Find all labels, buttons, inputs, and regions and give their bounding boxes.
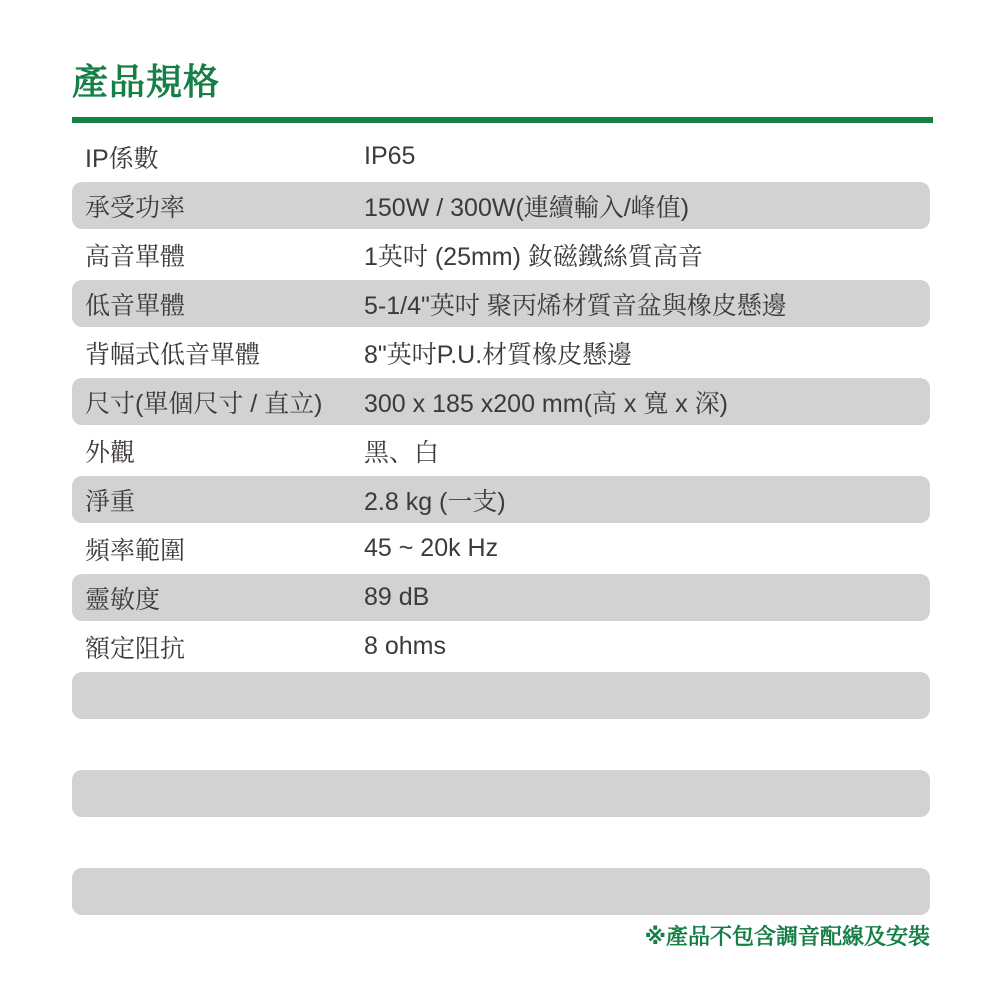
spec-row-tweeter: 高音單體 1英吋 (25mm) 釹磁鐵絲質高音 (72, 230, 930, 279)
spec-label: 額定阻抗 (72, 629, 364, 665)
spec-row-rated-impedance: 額定阻抗 8 ohms (72, 622, 930, 671)
spec-label: 外觀 (72, 433, 364, 469)
spec-label: 靈敏度 (72, 580, 364, 616)
spec-value: 45 ~ 20k Hz (364, 534, 930, 563)
spec-row-empty (72, 720, 930, 769)
spec-row-empty (72, 818, 930, 867)
spec-row-net-weight: 淨重 2.8 kg (一支) (72, 476, 930, 523)
spec-label: 尺寸(單個尺寸 / 直立) (72, 384, 364, 420)
spec-value: 8 ohms (364, 632, 930, 661)
spec-row-power-handling: 承受功率 150W / 300W(連續輸入/峰值) (72, 182, 930, 229)
footnote: ※產品不包含調音配線及安裝 (645, 920, 930, 951)
spec-label: 頻率範圍 (72, 531, 364, 567)
spec-value: 8"英吋P.U.材質橡皮懸邊 (364, 335, 930, 371)
spec-row-passive-radiator: 背幅式低音單體 8"英吋P.U.材質橡皮懸邊 (72, 328, 930, 377)
page-title: 產品規格 (72, 62, 220, 102)
spec-value: 2.8 kg (一支) (364, 482, 930, 518)
spec-row-empty (72, 770, 930, 817)
spec-value: IP65 (364, 142, 930, 171)
spec-row-appearance: 外觀 黑、白 (72, 426, 930, 475)
spec-table: IP係數 IP65 承受功率 150W / 300W(連續輸入/峰值) 高音單體… (72, 132, 930, 916)
spec-row-sensitivity: 靈敏度 89 dB (72, 574, 930, 621)
spec-row-frequency-range: 頻率範圍 45 ~ 20k Hz (72, 524, 930, 573)
spec-value: 黑、白 (364, 433, 930, 469)
product-spec-page: 產品規格 IP係數 IP65 承受功率 150W / 300W(連續輸入/峰值)… (0, 0, 1000, 1000)
spec-row-dimensions: 尺寸(單個尺寸 / 直立) 300 x 185 x200 mm(高 x 寬 x … (72, 378, 930, 425)
spec-value: 150W / 300W(連續輸入/峰值) (364, 188, 930, 224)
spec-value: 1英吋 (25mm) 釹磁鐵絲質高音 (364, 237, 930, 273)
spec-value: 300 x 185 x200 mm(高 x 寬 x 深) (364, 384, 930, 420)
spec-value: 89 dB (364, 583, 930, 612)
spec-label: 背幅式低音單體 (72, 335, 364, 371)
spec-row-empty (72, 672, 930, 719)
spec-row-ip-rating: IP係數 IP65 (72, 132, 930, 181)
spec-label: 承受功率 (72, 188, 364, 224)
spec-row-empty (72, 868, 930, 915)
title-divider (72, 117, 933, 123)
spec-row-woofer: 低音單體 5-1/4"英吋 聚丙烯材質音盆與橡皮懸邊 (72, 280, 930, 327)
spec-label: 淨重 (72, 482, 364, 518)
spec-label: 低音單體 (72, 286, 364, 322)
spec-label: 高音單體 (72, 237, 364, 273)
spec-label: IP係數 (72, 139, 364, 175)
spec-value: 5-1/4"英吋 聚丙烯材質音盆與橡皮懸邊 (364, 286, 930, 322)
